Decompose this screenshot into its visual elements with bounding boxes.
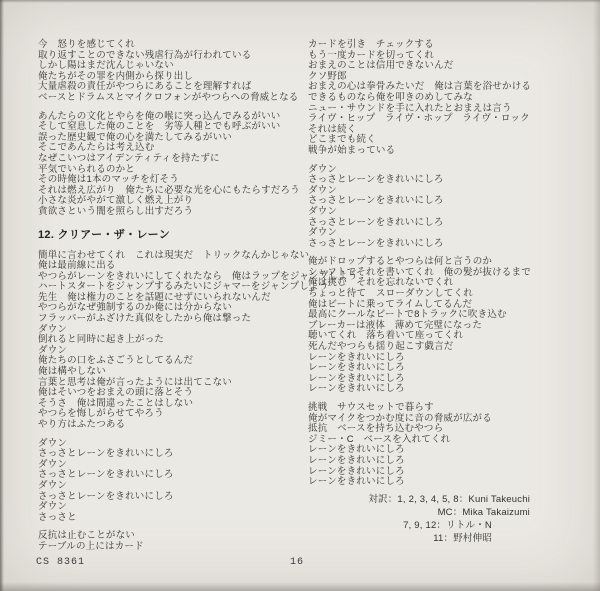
lyric-line: さっさとレーンをきれいにしろ — [38, 470, 300, 481]
lyric-line: さっさとレーンをきれいにしろ — [308, 196, 580, 207]
credit-line: 11：野村伸昭 — [368, 532, 530, 545]
stanza: 俺がドロップするとやつらは何と言うのかシャフトでそれを書いてくれ 俺の髪が抜ける… — [308, 257, 580, 395]
lyric-line: さっさとレーンをきれいにしろ — [308, 239, 580, 250]
stanza: 簡単に言わせてくれ これは現実だ トリックなんかじゃない俺は最前線に出るやつらが… — [38, 251, 300, 431]
lyrics-column-right: カードを引き チェックするもう一度カードを切ってくれおまえのことは信用できないん… — [308, 40, 580, 496]
stanza: 反抗は止むことがないテーブルの上にはカード — [38, 531, 300, 552]
translation-credits: 対訳：1, 2, 3, 4, 5, 8：Kuni Takeuchi MC：Mik… — [368, 493, 530, 545]
lyrics-column-left: 今 怒りを感じてくれ取り返すことのできない残虐行為が行われているしかし陽はまだ沈… — [38, 40, 300, 561]
lyric-line: さっさとレーンをきれいにしろ — [38, 492, 300, 503]
lyric-line: やり方はふたつある — [38, 420, 300, 431]
scan-edge-left — [0, 0, 4, 591]
lyric-line: おまえのことは信用できないんだ — [308, 61, 580, 72]
scan-edge-top — [0, 0, 600, 3]
lyric-line: 今 怒りを感じてくれ — [38, 40, 300, 51]
credit-line: 7, 9, 12：リトル・N — [368, 519, 530, 532]
lyric-line: ダウン — [38, 481, 300, 492]
stanza: あんたらの文化とやらを俺の喉に突っ込んでみるがいいそして窒息した俺のことを 劣等… — [38, 112, 300, 218]
stanza: 今 怒りを感じてくれ取り返すことのできない残虐行為が行われているしかし陽はまだ沈… — [38, 40, 300, 104]
scan-edge-bottom — [0, 582, 600, 591]
scan-edge-right — [593, 0, 600, 591]
song-title-heading: 12. クリアー・ザ・レーン — [38, 226, 300, 242]
lyric-line: さっさとレーンをきれいにしろ — [308, 175, 580, 186]
stanza: 挑戦 サウスセットで暮らす俺がマイクをつかむ度に音の脅威が広がる抵抗 ベースを持… — [308, 403, 580, 488]
lyric-line: レーンをきれいにしろ — [308, 384, 580, 395]
lyric-line: さっさと — [38, 513, 300, 524]
lyric-line: 倒れると同時に起き上がった — [38, 335, 300, 346]
lyric-line: ダウン — [308, 207, 580, 218]
stanza: ダウンさっさとレーンをきれいにしろダウンさっさとレーンをきれいにしろダウンさっさ… — [38, 439, 300, 524]
catalog-number: CS 8361 — [36, 557, 85, 568]
lyric-line: テーブルの上にはカード — [38, 542, 300, 553]
stanza: ダウンさっさとレーンをきれいにしろダウンさっさとレーンをきれいにしろダウンさっさ… — [308, 165, 580, 250]
lyric-line: レーンをきれいにしろ — [308, 456, 580, 467]
stanza: カードを引き チェックするもう一度カードを切ってくれおまえのことは信用できないん… — [308, 40, 580, 157]
booklet-page: 今 怒りを感じてくれ取り返すことのできない残虐行為が行われているしかし陽はまだ沈… — [0, 0, 600, 591]
lyric-line: なぜこいつはアイデンティティを持たずに — [38, 154, 300, 165]
page-number: 16 — [290, 557, 304, 568]
lyric-line: ダウン — [38, 502, 300, 513]
lyric-line: 戦争が始まっている — [308, 146, 580, 157]
lyric-line: さっさとレーンをきれいにしろ — [308, 218, 580, 229]
credit-line: 対訳：1, 2, 3, 4, 5, 8：Kuni Takeuchi — [368, 493, 530, 506]
lyric-line: さっさとレーンをきれいにしろ — [38, 449, 300, 460]
lyric-line: 貪欲さという闇を照らし出すだろう — [38, 207, 300, 218]
lyric-line: ベースとドラムスとマイクロフォンがやつらへの脅威となる — [38, 93, 300, 104]
lyric-line: できるものなら俺を叩きのめしてみな — [308, 93, 580, 104]
lyric-line: 挑戦 サウスセットで暮らす — [308, 403, 580, 414]
lyric-line: フラッパーがふざけた真似をしたから俺は撃った — [38, 314, 300, 325]
lyric-line: カードを引き チェックする — [308, 40, 580, 51]
credit-line: MC：Mika Takaizumi — [368, 506, 530, 519]
lyric-line: レーンをきれいにしろ — [308, 477, 580, 488]
